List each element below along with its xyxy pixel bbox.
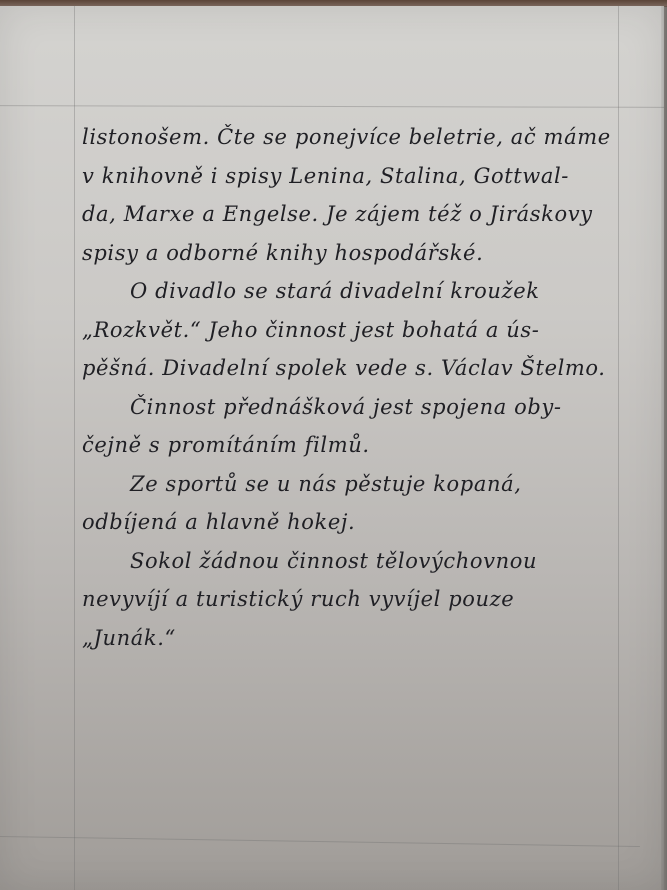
text-line: spisy a odborné knihy hospodářské. <box>82 234 622 273</box>
paragraph-start-line: O divadlo se stará divadelní kroužek <box>82 272 622 311</box>
top-margin-line <box>0 105 664 108</box>
text-line: čejně s promítáním filmů. <box>82 426 622 465</box>
text-line: da, Marxe a Engelse. Je zájem též o Jirá… <box>82 195 622 234</box>
text-line: „Junák.“ <box>82 619 622 658</box>
bottom-margin-line <box>0 836 640 847</box>
text-line: „Rozkvět.“ Jeho činnost jest bohatá a ús… <box>82 311 622 350</box>
text-line: nevyvíjí a turistický ruch vyvíjel pouze <box>82 580 622 619</box>
text-line: listonošem. Čte se ponejvíce beletrie, a… <box>82 118 622 157</box>
paragraph-start-line: Ze sportů se u nás pěstuje kopaná, <box>82 465 622 504</box>
text-line: pěšná. Divadelní spolek vede s. Václav Š… <box>82 349 622 388</box>
notebook-page: listonošem. Čte se ponejvíce beletrie, a… <box>0 6 664 890</box>
handwritten-text: listonošem. Čte se ponejvíce beletrie, a… <box>82 118 622 657</box>
left-margin-line <box>74 6 75 890</box>
paragraph-start-line: Činnost přednášková jest spojena oby- <box>82 388 622 427</box>
text-line: odbíjená a hlavně hokej. <box>82 503 622 542</box>
paragraph-start-line: Sokol žádnou činnost tělovýchovnou <box>82 542 622 581</box>
text-line: v knihovně i spisy Lenina, Stalina, Gott… <box>82 157 622 196</box>
